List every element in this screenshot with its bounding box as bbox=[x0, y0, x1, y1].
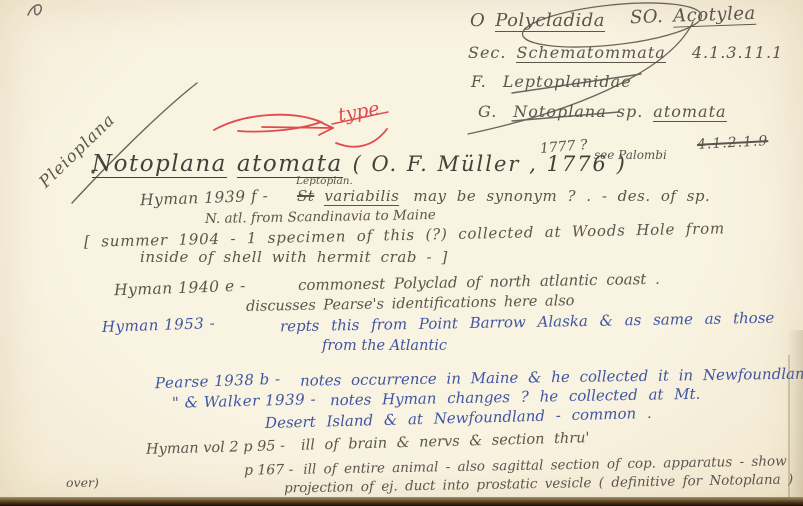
section-name: Schematommata bbox=[516, 43, 665, 63]
taxon-order-line: OPolycladida bbox=[470, 12, 605, 31]
red-type-underline bbox=[336, 129, 387, 147]
title-species: atomata bbox=[237, 151, 343, 178]
species-title: Notoplanaatomata( O. F. Müller , 1776 ) bbox=[92, 152, 627, 176]
index-card: Pleioplana type OPolycladida SO.Acotylea… bbox=[0, 0, 803, 506]
title-genus: Notoplana bbox=[92, 151, 227, 178]
taxon-family-line: F.Leptoplanidae bbox=[471, 74, 632, 91]
note-hyman1939-genus-note: Leptoplan. bbox=[296, 176, 353, 187]
suborder-name: Acotylea bbox=[673, 3, 756, 28]
note-walker-text2: Desert Island & at Newfoundland - common… bbox=[265, 406, 652, 432]
title-authority: ( O. F. Müller , 1776 ) bbox=[353, 152, 627, 176]
right-edge-shadow bbox=[787, 330, 803, 498]
genus-name-struck: Notoplana bbox=[513, 102, 606, 121]
note-walker-ref: " & Walker 1939 - bbox=[172, 392, 316, 412]
corner-squiggle-mark bbox=[28, 5, 41, 15]
order-name: Polycladida bbox=[495, 10, 605, 32]
red-arrow-shaft bbox=[262, 127, 333, 128]
note-pearse-text: notes occurrence in Maine & he collected… bbox=[300, 366, 803, 389]
note-hyman1939-ref: Hyman 1939 f - bbox=[140, 188, 269, 209]
section-prefix: Sec. bbox=[468, 43, 506, 62]
taxon-section-line: Sec.Schematommata4.1.3.11.1 bbox=[468, 45, 783, 62]
note-hyman1940-ref: Hyman 1940 e - bbox=[114, 278, 246, 299]
note-hyman1953-ref: Hyman 1953 - bbox=[102, 316, 216, 336]
note-summer-line2: inside of shell with hermit crab - ] bbox=[140, 250, 448, 266]
hymanvol2-text: ill of brain & nervs & section thru' bbox=[301, 430, 590, 454]
note-hyman1940-text: commonest Polyclad of north atlantic coa… bbox=[298, 272, 660, 294]
section-code: 4.1.3.11.1 bbox=[692, 43, 783, 62]
taxon-genus-line: G.Notoplanasp.atomata bbox=[478, 104, 727, 121]
note-hyman1939-main: Stvariabilismay be synonym ? . - des. of… bbox=[297, 189, 710, 205]
suborder-prefix: SO. bbox=[630, 6, 664, 28]
family-prefix: F. bbox=[471, 72, 487, 91]
type-annotation: type bbox=[337, 100, 382, 127]
note-hymanvol2-line: Hyman vol 2 p 95 -ill of brain & nervs &… bbox=[146, 431, 590, 458]
family-name: Leptoplanidae bbox=[503, 72, 632, 91]
sp-abbrev: sp. bbox=[617, 102, 644, 121]
note-summer-line1: [ summer 1904 - 1 specimen of this (?) c… bbox=[84, 221, 725, 250]
red-arrow-head bbox=[318, 121, 333, 135]
struck-st: St bbox=[297, 187, 314, 205]
old-code-struck: 4.1.2.1.9 bbox=[697, 134, 769, 152]
card-bottom-edge bbox=[0, 497, 803, 506]
note-hyman1940-text2: discusses Pearse's identifications here … bbox=[246, 294, 575, 315]
species-name: atomata bbox=[653, 102, 726, 122]
taxon-suborder-line: SO.Acotylea bbox=[630, 5, 756, 28]
variabilis-underlined: variabilis bbox=[324, 187, 399, 206]
hymanvol2-ref: Hyman vol 2 p 95 - bbox=[146, 438, 285, 458]
note-pearse-ref: Pearse 1938 b - bbox=[155, 372, 281, 392]
note-range-line: N. atl. from Scandinavia to Maine bbox=[205, 208, 436, 226]
note-hyman1953-text: repts this from Point Barrow Alaska & as… bbox=[280, 311, 775, 335]
red-arrow-swoosh bbox=[214, 115, 321, 132]
p167-ref: p 167 - bbox=[244, 462, 294, 479]
over-note: over) bbox=[66, 476, 99, 489]
order-prefix: O bbox=[470, 10, 485, 31]
note-hyman1953-text2: from the Atlantic bbox=[322, 339, 447, 354]
hyman1939-rest: may be synonym ? . - des. of sp. bbox=[413, 187, 710, 205]
genus-prefix: G. bbox=[478, 102, 497, 121]
